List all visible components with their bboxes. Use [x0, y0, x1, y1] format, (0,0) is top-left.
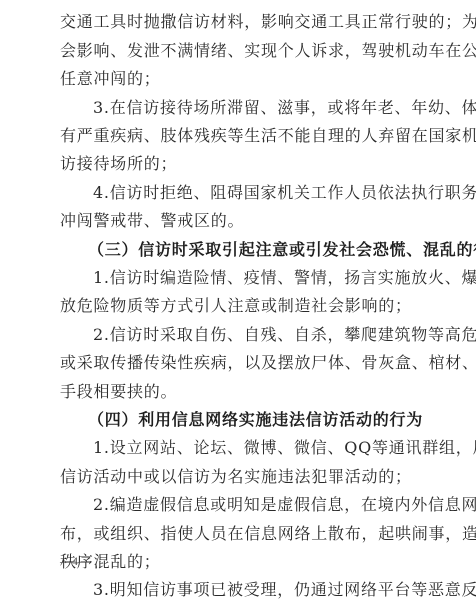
page-number: —4— [60, 551, 90, 571]
body-text-line: 或采取传播传染性疾病，以及摆放尸体、骨灰盒、棺材、花圈等 [60, 353, 413, 373]
body-text-line: 信访活动中或以信访为名实施违法犯罪活动的； [60, 467, 413, 487]
body-text-line: 手段相要挟的。 [60, 382, 413, 402]
list-item-1-line: 1.信访时编造险情、疫情、警情，扬言实施放火、爆炸、投 [93, 268, 413, 288]
section-heading-4: （四）利用信息网络实施违法信访活动的行为 [88, 410, 423, 430]
body-text-line: 冲闯警戒带、警戒区的。 [60, 211, 413, 231]
list-item-3-line: 3.在信访接待场所滞留、滋事，或将年老、年幼、体弱、患 [93, 98, 413, 118]
body-text-line: 有严重疾病、肢体残疾等生活不能自理的人弃留在国家机关和信 [60, 126, 413, 146]
body-text-line: 交通工具时抛撒信访材料，影响交通工具正常行驶的；为制造社 [60, 12, 413, 32]
list-item-2-line: 2.信访时采取自伤、自残、自杀，攀爬建筑物等高危场所， [93, 325, 413, 345]
body-text-line: 布，或组织、指使人员在信息网络上散布，起哄闹事，造成公共 [60, 524, 413, 544]
body-text-line: 访接待场所的； [60, 154, 413, 174]
document-page: 交通工具时抛撒信访材料，影响交通工具正常行驶的；为制造社 会影响、发泄不满情绪、… [0, 0, 476, 600]
body-text-line: 任意冲闯的； [60, 69, 413, 89]
list-item-4-line: 4.信访时拒绝、阻碍国家机关工作人员依法执行职务或强行 [93, 183, 413, 203]
body-text-line: 放危险物质等方式引人注意或制造社会影响的； [60, 296, 413, 316]
list-item-2-line: 2.编造虚假信息或明知是虚假信息，在境内外信息网络上散 [93, 495, 413, 515]
list-item-1-line: 1.设立网站、论坛、微博、微信、QQ等通讯群组，用于在 [93, 438, 413, 458]
section-heading-3: （三）信访时采取引起注意或引发社会恐慌、混乱的行为 [88, 240, 476, 260]
body-text-line: 会影响、发泄不满情绪、实现个人诉求，驾驶机动车在公共场所 [60, 41, 413, 61]
list-item-3-line: 3.明知信访事项已被受理，仍通过网络平台等恶意反复登记 [93, 580, 413, 600]
body-text-line: 秩序混乱的； [60, 552, 413, 572]
